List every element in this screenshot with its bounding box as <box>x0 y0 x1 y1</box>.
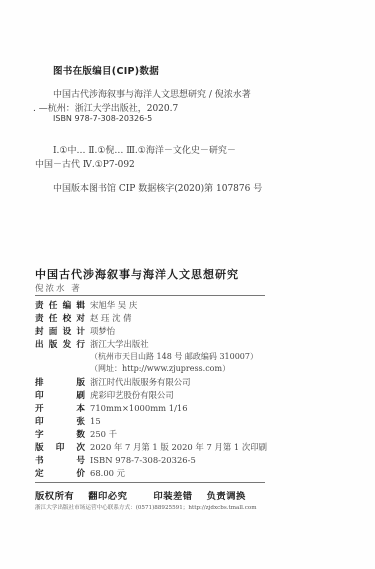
copyright-part: 印装差错 <box>153 491 192 502</box>
spec-value: 虎彩印艺股份有限公司 <box>90 389 174 401</box>
spec-value: 15 <box>90 416 101 426</box>
cip-classification-line: Ⅰ.①中… Ⅱ.①倪… Ⅲ.①海洋－文化史－研究－ <box>53 143 236 156</box>
spec-value: 2020 年 7 月第 1 版 2020 年 7 月第 1 次印刷 <box>90 441 267 453</box>
credit-label: 出版发行 <box>35 338 85 350</box>
credit-row-proofreader: 责任校对 赵 珏 沈 倩 <box>35 312 132 324</box>
spec-value: 710mm×1000mm 1/16 <box>90 403 188 413</box>
spec-value: 68.00 元 <box>90 467 125 479</box>
publisher-website: （网址：http://www.zjupress.com） <box>90 363 230 374</box>
cip-classification-line-2: 中国－古代 Ⅳ.①P7-092 <box>35 157 135 170</box>
spec-value: ISBN 978-7-308-20326-5 <box>90 455 196 465</box>
spec-row-edition: 版印次 2020 年 7 月第 1 版 2020 年 7 月第 1 次印刷 <box>35 441 267 453</box>
divider-top <box>35 295 265 296</box>
cip-heading: 图书在版编目(CIP)数据 <box>53 63 159 77</box>
book-author: 倪浓水 著 <box>35 282 82 294</box>
credit-value: 赵 珏 沈 倩 <box>90 312 132 324</box>
copyright-notice: 版权所有翻印必究印装差错负责调换 <box>35 488 260 502</box>
spec-value: 浙江时代出版服务有限公司 <box>90 376 191 388</box>
copyright-part: 翻印必究 <box>88 491 127 502</box>
spec-row-printing: 印刷 虎彩印艺股份有限公司 <box>35 389 174 401</box>
publisher-contact: 浙江大学出版社市场运营中心联系方式：(0571)88925591；http://… <box>35 503 257 511</box>
cip-title-line: 中国古代涉海叙事与海洋人文思想研究 / 倪浓水著 <box>53 87 251 100</box>
spec-label: 定价 <box>35 467 85 479</box>
spec-value: 250 千 <box>90 428 117 440</box>
spec-row-price: 定价 68.00 元 <box>35 467 125 479</box>
spec-label: 版印次 <box>35 441 85 453</box>
publisher-address: （杭州市天目山路 148 号 邮政编码 310007） <box>90 351 258 362</box>
spec-label: 书号 <box>35 454 85 466</box>
divider-bottom <box>35 482 265 483</box>
cip-isbn-line: ISBN 978-7-308-20326-5 <box>53 114 152 123</box>
credit-value: 宋旭华 吴 庆 <box>90 299 137 311</box>
copyright-part: 负责调换 <box>207 491 246 502</box>
credit-label: 责任编辑 <box>35 299 85 311</box>
cip-publisher-line: . —杭州：浙江大学出版社，2020.7 <box>33 101 178 114</box>
spec-row-sheets: 印张 15 <box>35 415 101 427</box>
cip-record-number: 中国版本图书馆 CIP 数据核字(2020)第 107876 号 <box>53 181 262 194</box>
credit-row-cover-design: 封面设计 项梦怡 <box>35 325 115 337</box>
credit-row-editor: 责任编辑 宋旭华 吴 庆 <box>35 299 137 311</box>
credit-row-publisher: 出版发行 浙江大学出版社 <box>35 338 149 350</box>
spec-row-word-count: 字数 250 千 <box>35 428 117 440</box>
spec-label: 字数 <box>35 428 85 440</box>
spec-label: 排版 <box>35 376 85 388</box>
spec-row-typesetting: 排版 浙江时代出版服务有限公司 <box>35 376 191 388</box>
credit-label: 责任校对 <box>35 312 85 324</box>
credit-value: 浙江大学出版社 <box>90 338 149 350</box>
spec-row-isbn: 书号 ISBN 978-7-308-20326-5 <box>35 454 196 466</box>
spec-label: 开本 <box>35 402 85 414</box>
credit-value: 项梦怡 <box>90 325 115 337</box>
spec-label: 印刷 <box>35 389 85 401</box>
credit-label: 封面设计 <box>35 325 85 337</box>
spec-label: 印张 <box>35 415 85 427</box>
spec-row-format: 开本 710mm×1000mm 1/16 <box>35 402 188 414</box>
book-title: 中国古代涉海叙事与海洋人文思想研究 <box>35 266 239 282</box>
copyright-part: 版权所有 <box>35 491 74 502</box>
